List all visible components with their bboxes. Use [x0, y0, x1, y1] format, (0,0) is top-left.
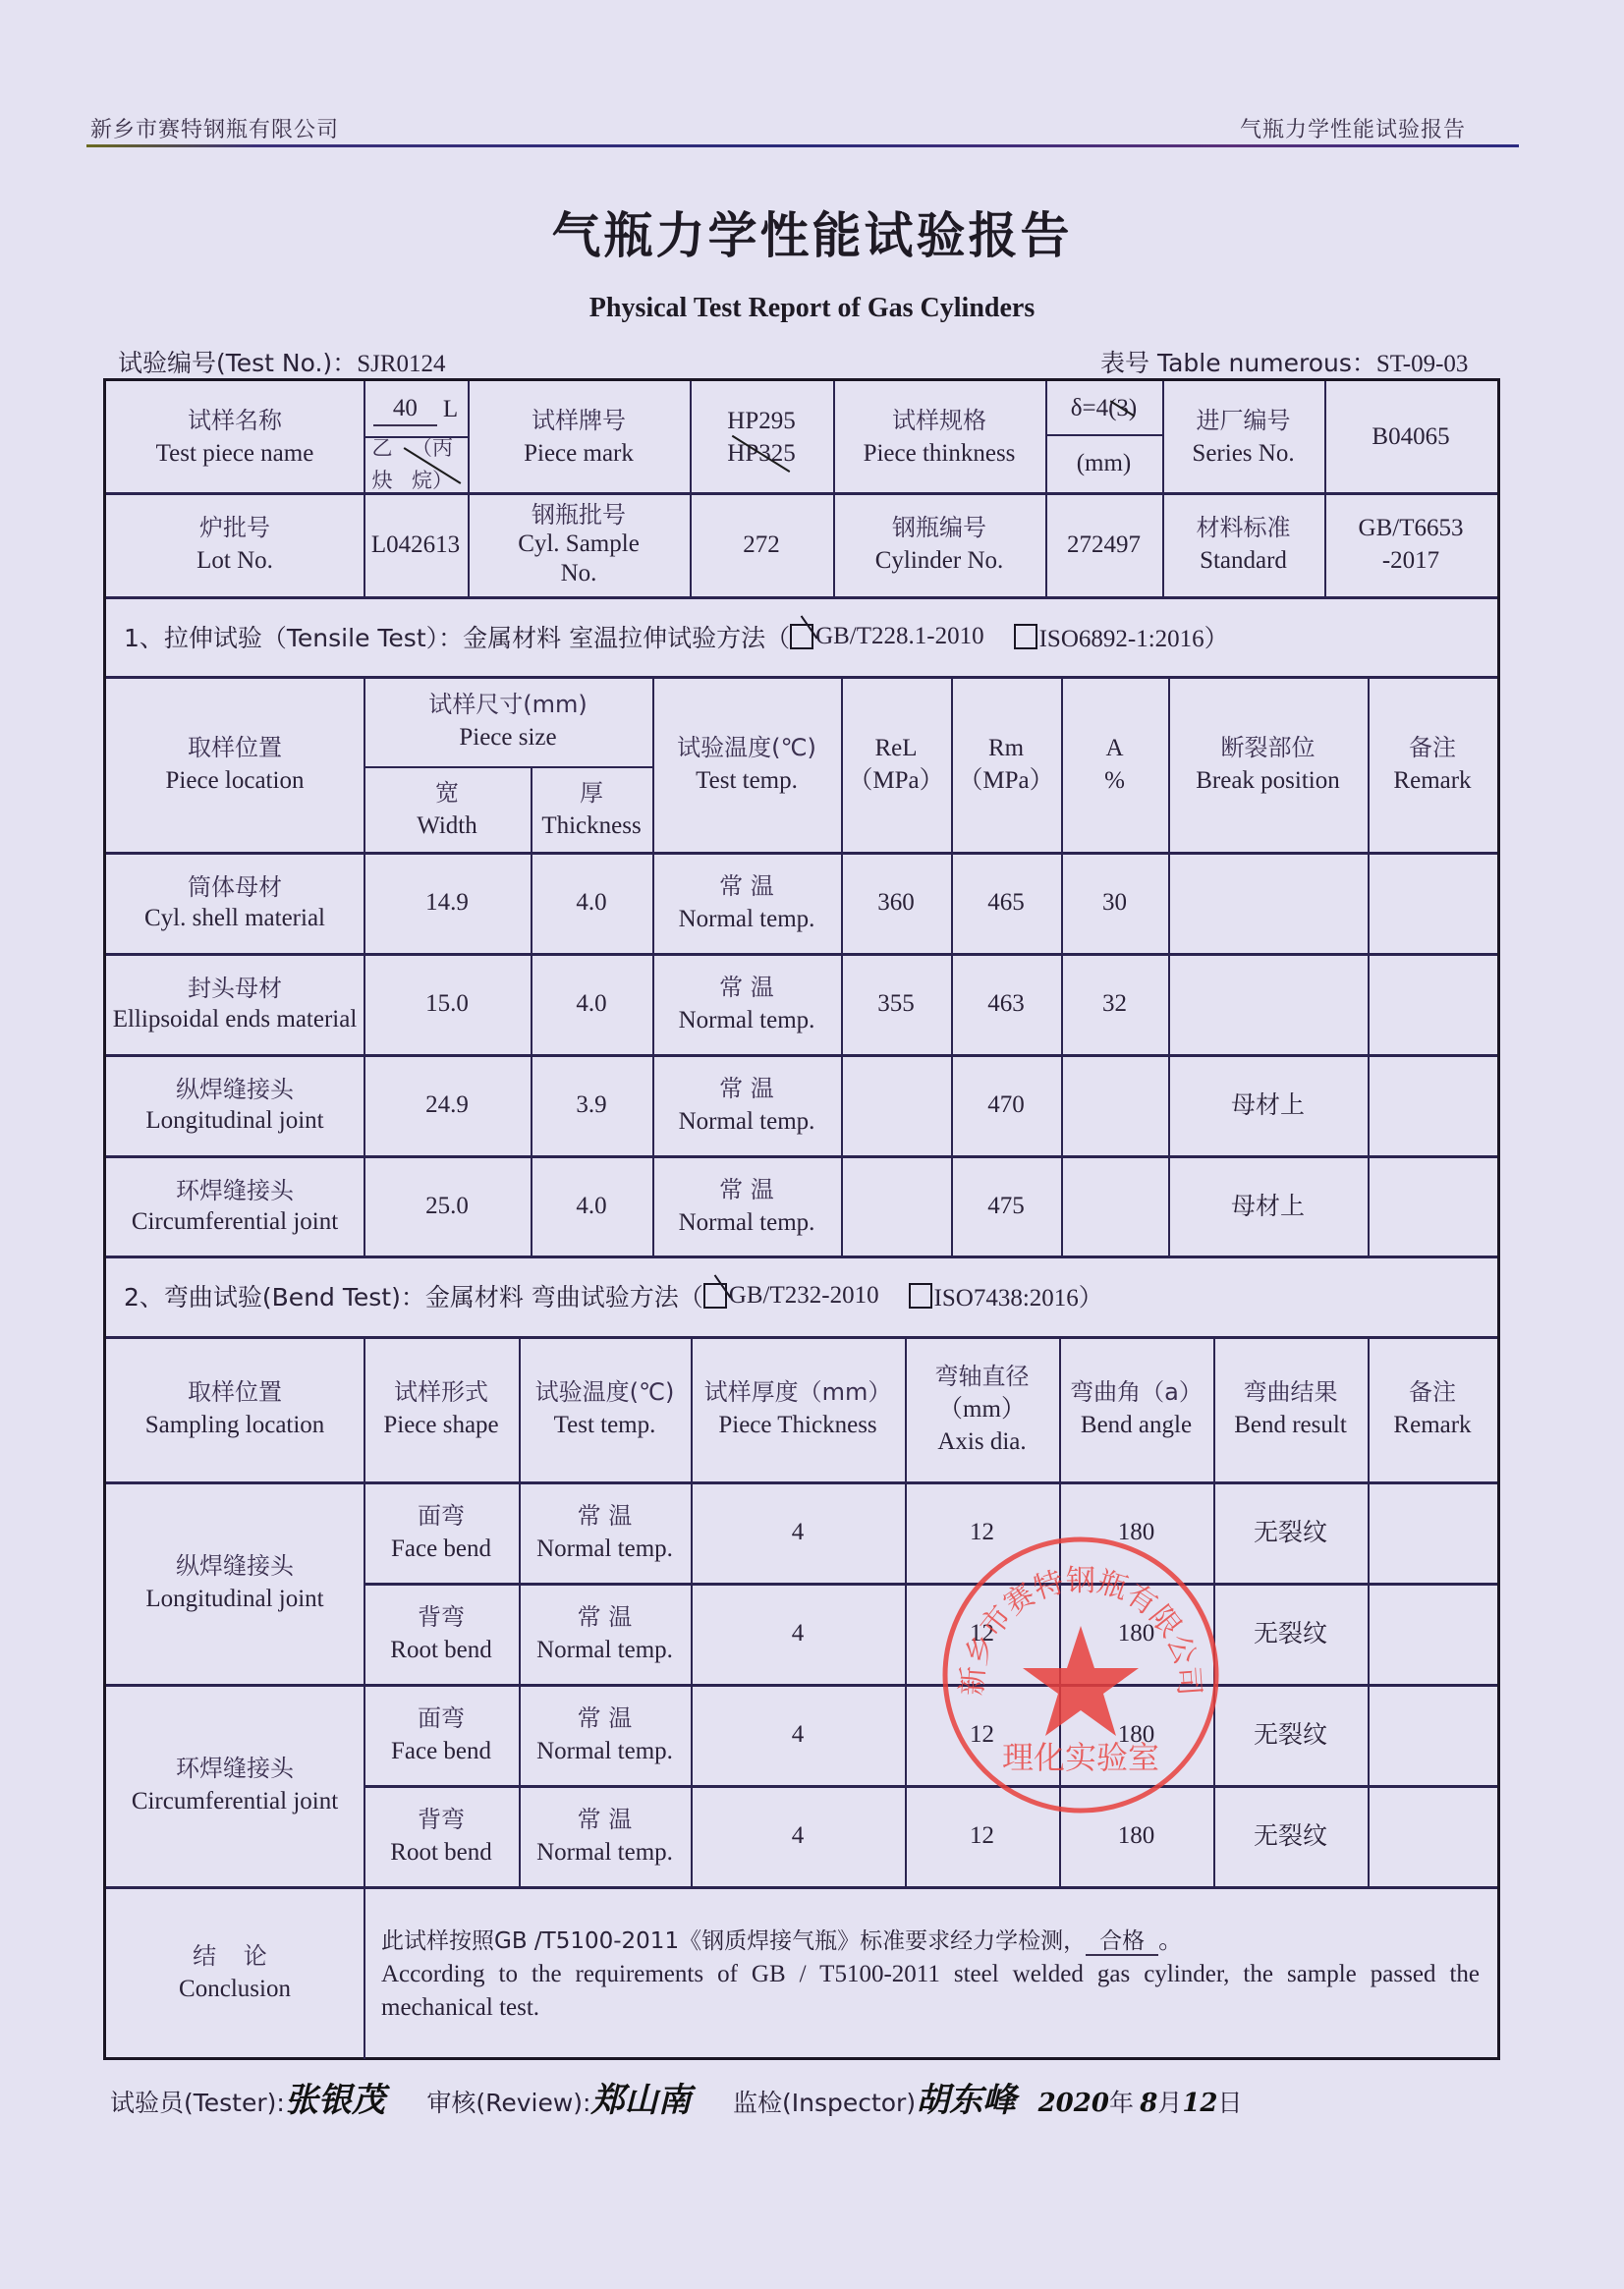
- bend-cell-result: 无裂纹: [1213, 1684, 1368, 1785]
- label-series-no: 进厂编号Series No.: [1162, 381, 1324, 492]
- bend-cell-thick: 4: [691, 1684, 905, 1785]
- bend-cell-shape: 背弯Root bend: [364, 1785, 519, 1886]
- bend-cell-angle: 180: [1059, 1481, 1213, 1583]
- table-number-value: ST-09-03: [1376, 351, 1469, 377]
- thickness-value: δ=4(3): [1045, 381, 1162, 434]
- cylinder-no-value: 272497: [1045, 492, 1162, 596]
- tensile-cell-rel: 360: [841, 852, 951, 953]
- test-number-value: SJR0124: [357, 351, 445, 377]
- th-piece-shape: 试样形式Piece shape: [364, 1336, 519, 1481]
- bend-cell-axis: 12: [905, 1583, 1059, 1684]
- bend-cell-shape: 面弯Face bend: [364, 1684, 519, 1785]
- bend-cell-result: 无裂纹: [1213, 1481, 1368, 1583]
- tensile-cell-rm: 475: [951, 1155, 1061, 1256]
- tensile-cell-width: 15.0: [364, 953, 531, 1054]
- th-bend-angle: 弯曲角（a）Bend angle: [1059, 1336, 1213, 1481]
- bend-cell-shape: 背弯Root bend: [364, 1583, 519, 1684]
- bend-cell-shape: 面弯Face bend: [364, 1481, 519, 1583]
- tensile-cell-thick: 4.0: [531, 852, 652, 953]
- divider: [364, 1886, 365, 2059]
- tensile-cell-rel: [841, 1054, 951, 1155]
- test-number: 试验编号(Test No.)：SJR0124: [118, 344, 446, 379]
- bend-cell-angle: 180: [1059, 1583, 1213, 1684]
- page-title: 气瓶力学性能试验报告: [0, 196, 1624, 267]
- tensile-cell-rm: 470: [951, 1054, 1061, 1155]
- report-table: 试样名称Test piece name 40L 乙炔（丙烷） 试样牌号Piece…: [103, 378, 1500, 2060]
- bend-cell-remark: [1368, 1481, 1497, 1583]
- tensile-cell-remark: [1368, 852, 1497, 953]
- bend-cell-axis: 12: [905, 1684, 1059, 1785]
- checkbox-iso7438[interactable]: [909, 1283, 932, 1309]
- tensile-cell-loc: 环焊缝接头Circumferential joint: [106, 1155, 364, 1256]
- th-bend-result: 弯曲结果Bend result: [1213, 1336, 1368, 1481]
- checkbox-gb-t232[interactable]: [703, 1283, 727, 1309]
- checkbox-gb-t228[interactable]: [790, 624, 813, 649]
- signature-row: 试验员(Tester):张银茂 审核(Review):郑山南 监检(Inspec…: [110, 2073, 1243, 2121]
- tensile-cell-width: 24.9: [364, 1054, 531, 1155]
- tensile-cell-remark: [1368, 1155, 1497, 1256]
- th-piece-thickness: 试样厚度（mm）Piece Thickness: [691, 1336, 905, 1481]
- bend-cell-angle: 180: [1059, 1684, 1213, 1785]
- th-sampling-location: 取样位置Sampling location: [106, 1336, 364, 1481]
- label-lot-no: 炉批号Lot No.: [106, 492, 364, 596]
- bend-cell-result: 无裂纹: [1213, 1785, 1368, 1886]
- bend-cell-angle: 180: [1059, 1785, 1213, 1886]
- bend-cell-remark: [1368, 1684, 1497, 1785]
- bend-cell-temp: 常 温Normal temp.: [519, 1481, 691, 1583]
- tensile-cell-remark: [1368, 953, 1497, 1054]
- tensile-cell-temp: 常 温Normal temp.: [652, 1054, 841, 1155]
- bend-section-title: 2、弯曲试验(Bend Test)：金属材料 弯曲试验方法（ GB/T232-2…: [106, 1256, 1515, 1336]
- tensile-cell-rel: [841, 1155, 951, 1256]
- tensile-cell-a: [1061, 1054, 1168, 1155]
- bend-cell-axis: 12: [905, 1481, 1059, 1583]
- table-number-label: 表号 Table numerous：: [1100, 349, 1376, 377]
- header-divider: [86, 144, 1519, 147]
- tensile-cell-remark: [1368, 1054, 1497, 1155]
- tensile-cell-width: 14.9: [364, 852, 531, 953]
- inspector-label: 监检(Inspector): [733, 2089, 916, 2117]
- th-bend-test-temp: 试验温度(℃)Test temp.: [519, 1336, 691, 1481]
- bend-cell-thick: 4: [691, 1583, 905, 1684]
- tensile-cell-a: 32: [1061, 953, 1168, 1054]
- tensile-cell-loc: 封头母材Ellipsoidal ends material: [106, 953, 364, 1054]
- th-rel: ReL（MPa）: [841, 676, 951, 852]
- tensile-cell-break: 母材上: [1168, 1155, 1368, 1256]
- bend-cell-temp: 常 温Normal temp.: [519, 1583, 691, 1684]
- gas-type: 乙炔（丙烷）: [364, 436, 468, 492]
- tensile-cell-thick: 3.9: [531, 1054, 652, 1155]
- tensile-cell-loc: 筒体母材Cyl. shell material: [106, 852, 364, 953]
- th-piece-size: 试样尺寸(mm)Piece size: [364, 676, 652, 766]
- tensile-cell-rm: 465: [951, 852, 1061, 953]
- tensile-cell-break: [1168, 953, 1368, 1054]
- standard-value: GB/T6653-2017: [1324, 492, 1497, 596]
- series-no-value: B04065: [1324, 381, 1497, 492]
- date-month: 8: [1140, 2089, 1157, 2118]
- th-piece-location: 取样位置Piece location: [106, 676, 364, 852]
- tensile-cell-loc: 纵焊缝接头Longitudinal joint: [106, 1054, 364, 1155]
- label-piece-mark: 试样牌号Piece mark: [468, 381, 690, 492]
- date-day: 12: [1182, 2089, 1217, 2118]
- tensile-cell-a: [1061, 1155, 1168, 1256]
- tensile-cell-rel: 355: [841, 953, 951, 1054]
- conclusion-text: 此试样按照GB /T5100-2011《钢质焊接气瓶》标准要求经力学检测，合格。…: [381, 1924, 1480, 2025]
- company-name: 新乡市赛特钢瓶有限公司: [90, 113, 339, 143]
- th-bend-remark: 备注Remark: [1368, 1336, 1497, 1481]
- review-signature: 郑山南: [590, 2081, 691, 2120]
- lot-no-value: L042613: [364, 492, 468, 596]
- th-test-temp: 试验温度(℃)Test temp.: [652, 676, 841, 852]
- tensile-section-title: 1、拉伸试验（Tensile Test）：金属材料 室温拉伸试验方法（ GB/T…: [106, 596, 1515, 676]
- tester-signature: 张银茂: [285, 2081, 385, 2120]
- tensile-cell-rm: 463: [951, 953, 1061, 1054]
- th-width: 宽Width: [364, 766, 531, 852]
- label-standard: 材料标准Standard: [1162, 492, 1324, 596]
- date-year: 2020: [1038, 2089, 1109, 2118]
- bend-cell-remark: [1368, 1785, 1497, 1886]
- volume-value: 40L: [364, 381, 468, 436]
- tester-label: 试验员(Tester):: [110, 2089, 285, 2117]
- th-break-position: 断裂部位Break position: [1168, 676, 1368, 852]
- tensile-cell-thick: 4.0: [531, 1155, 652, 1256]
- tensile-cell-break: [1168, 852, 1368, 953]
- inspector-signature: 胡东峰: [916, 2081, 1016, 2120]
- th-rm: Rm（MPa）: [951, 676, 1061, 852]
- tensile-cell-temp: 常 温Normal temp.: [652, 852, 841, 953]
- tensile-cell-width: 25.0: [364, 1155, 531, 1256]
- label-piece-thickness: 试样规格Piece thinkness: [833, 381, 1045, 492]
- tensile-cell-temp: 常 温Normal temp.: [652, 953, 841, 1054]
- th-remark: 备注Remark: [1368, 676, 1497, 852]
- header-doc-type: 气瓶力学性能试验报告: [1240, 113, 1466, 143]
- th-thickness: 厚Thickness: [531, 766, 652, 852]
- table-number: 表号 Table numerous：ST-09-03: [1100, 344, 1468, 379]
- tensile-cell-temp: 常 温Normal temp.: [652, 1155, 841, 1256]
- test-number-label: 试验编号(Test No.)：: [118, 349, 357, 377]
- bend-cell-remark: [1368, 1583, 1497, 1684]
- label-test-piece-name: 试样名称Test piece name: [106, 381, 364, 492]
- thickness-unit: (mm): [1045, 434, 1162, 492]
- conclusion-result: 合格: [1086, 1928, 1158, 1956]
- conclusion-label: 结 论Conclusion: [106, 1886, 364, 2059]
- piece-mark-value: HP295HP325: [690, 381, 833, 492]
- tensile-cell-a: 30: [1061, 852, 1168, 953]
- bend-cell-axis: 12: [905, 1785, 1059, 1886]
- bend-cell-thick: 4: [691, 1481, 905, 1583]
- tensile-cell-break: 母材上: [1168, 1054, 1368, 1155]
- label-cylinder-no: 钢瓶编号Cylinder No.: [833, 492, 1045, 596]
- bend-cell-thick: 4: [691, 1785, 905, 1886]
- checkbox-iso6892[interactable]: [1014, 624, 1037, 649]
- th-axis-dia: 弯轴直径（mm）Axis dia.: [905, 1336, 1059, 1481]
- cyl-sample-value: 272: [690, 492, 833, 596]
- bend-cell-result: 无裂纹: [1213, 1583, 1368, 1684]
- bend-cell-temp: 常 温Normal temp.: [519, 1785, 691, 1886]
- bend-group-circumferential: 环焊缝接头Circumferential joint: [106, 1684, 364, 1886]
- bend-cell-temp: 常 温Normal temp.: [519, 1684, 691, 1785]
- page-subtitle: Physical Test Report of Gas Cylinders: [0, 293, 1624, 324]
- th-elongation: A%: [1061, 676, 1168, 852]
- tensile-cell-thick: 4.0: [531, 953, 652, 1054]
- label-cyl-sample-no: 钢瓶批号Cyl. Sample No.: [468, 492, 690, 596]
- review-label: 审核(Review):: [426, 2089, 590, 2117]
- bend-group-longitudinal: 纵焊缝接头Longitudinal joint: [106, 1481, 364, 1684]
